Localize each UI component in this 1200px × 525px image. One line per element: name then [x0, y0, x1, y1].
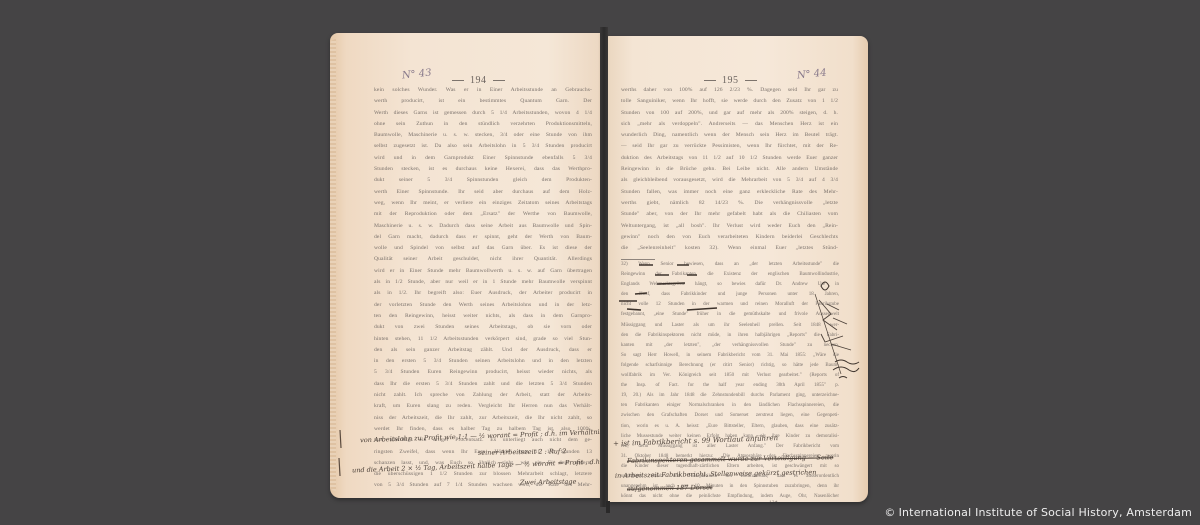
body-text-line: wunderlich Ding, namentlich wenn der Men… — [621, 130, 838, 141]
body-text-line: wird und in dem Garnprodukt Einer Spinns… — [374, 153, 592, 164]
left-shelfmark: N° 43 — [402, 67, 433, 81]
footnote-line: So sagt Herr Howell, in seinem Fabrikber… — [621, 351, 839, 361]
photo-stage: N° 43 194 kein solches Wunder. Was er in… — [0, 0, 1200, 525]
ink-strikeouts — [617, 258, 837, 318]
body-text-line: Stunden fallen, was immer noch eine ganz… — [621, 187, 838, 198]
footnote-line: wollfabrik im Ver. Königreich seit 1850 … — [621, 371, 839, 381]
credit-text: International Institute of Social Histor… — [899, 506, 1192, 519]
book-spine — [600, 27, 608, 507]
body-text-line: den als sein ganzer Arbeitstag zählt. Un… — [374, 345, 592, 356]
body-text-line: niss der Arbeitszeit, die Ihr zahlt, zur… — [374, 413, 592, 424]
body-text-line: Reingewinn in die Brüche gehn. Bei Leibe… — [621, 164, 838, 175]
body-text-line: gewinn" noch den von Euch verarbeiteten … — [621, 232, 838, 243]
footnote-line: tion, worin es u. A. heisst: „Eure Bitts… — [621, 422, 839, 432]
dash-decoration — [493, 80, 505, 81]
body-text-line: in den ersten 5 3/4 Stunden seinen Arbei… — [374, 356, 592, 367]
body-text-line: dass Ihr die ersten 5 3/4 Stunden zahlt … — [374, 379, 592, 390]
body-text-line: Werth dieses Garns ist gemessen durch 5 … — [374, 108, 592, 119]
photo-credit: ©International Institute of Social Histo… — [884, 506, 1192, 519]
right-shelfmark: N° 44 — [797, 67, 828, 81]
body-text-line: dukt von zwei Stunden seines Arbeitstags… — [374, 322, 592, 333]
margin-mark — [334, 428, 354, 488]
body-text-line: werth Einer Spinnstunde. Ihr seid aber d… — [374, 187, 592, 198]
body-text-line: Weltuntergang, ist „all bosh". Ihr Verlu… — [621, 221, 838, 232]
footnote-line: den die Fabrikinspektoren nicht müde, in… — [621, 331, 839, 341]
footnote-line: ten Fabrikanten einiger Normalschranken … — [621, 401, 839, 411]
body-text-line: als gleichbleibend vorausgesetzt, wird d… — [621, 175, 838, 186]
footnote-line: 19, 20.) Als im Jahr 1848 die Zehnstunde… — [621, 391, 839, 401]
body-text-line: dukt seiner 5 3/4 Spinnstunden gleich de… — [374, 175, 592, 186]
body-text-line: weg, wenn Ihr meint, er verliere ein ein… — [374, 198, 592, 209]
footnote-line: kanten mit „der letzten", „der verhängni… — [621, 341, 839, 351]
open-book: N° 43 194 kein solches Wunder. Was er in… — [330, 33, 868, 508]
body-text-line: 5 3/4 Stunden Euren Reingewinn producirt… — [374, 367, 592, 378]
body-text-line: tolle Sanguiniker, wenn Ihr hofft, sie w… — [621, 96, 838, 107]
body-text-line: wolle und Spindel von selbst auf das Gar… — [374, 243, 592, 254]
spine-bottom — [606, 501, 610, 513]
body-text-line: als in 1/2 Stunde, aber nur weil er in 1… — [374, 277, 592, 288]
signature-mark: 13* — [769, 501, 778, 502]
body-text-line: nicht zahlt. Ich spreche von Zahlung der… — [374, 390, 592, 401]
body-text-line: Stunden stecken, ist es durchaus keine H… — [374, 164, 592, 175]
dash-decoration — [452, 80, 464, 81]
left-page: N° 43 194 kein solches Wunder. Was er in… — [330, 33, 603, 498]
page-edges — [330, 39, 336, 491]
body-text-line: werths giebt, nämlich 82 14/23 %. Die ve… — [621, 198, 838, 209]
body-text-line: selbst zugesetzt ist. Da also sein Arbei… — [374, 141, 592, 152]
footnote-line: Müssiggang und Laster als um ihr Seelenh… — [621, 321, 839, 331]
body-text-line: — seid Ihr gar zu verrückte Pessimisten,… — [621, 141, 838, 152]
dash-decoration — [745, 80, 757, 81]
body-text-line: der vorletzten Stunde den Werth seines A… — [374, 300, 592, 311]
right-handwritten-note-4: aufgenommen 187 Dorset — [627, 483, 713, 492]
body-text-line: kein solches Wunder. Was er in Einer Arb… — [374, 85, 592, 96]
footnote-line: zwischen den Grafschaften Dorset und Som… — [621, 411, 839, 421]
margin-annotations — [813, 274, 868, 394]
body-text-line: die „Seelenreinheit" kosten 32). Wenn ei… — [621, 243, 838, 254]
body-text-line: Stunden von 100 auf 200%, und gar auf me… — [621, 108, 838, 119]
body-text-line: sich „mehr als verdoppeln". Andrerseits … — [621, 119, 838, 130]
body-text-line: mit der Reproduktion oder dem „Ersatz" d… — [374, 209, 592, 220]
left-handwritten-note-2: seiner Arbeitszeit 2 : Ruf 2 — [478, 447, 567, 457]
copyright-symbol: © — [884, 506, 895, 519]
left-handwritten-note-4: Zwei Arbeitstage — [520, 478, 577, 487]
body-text-line: werths daher von 100% auf 126 2/23 %. Da… — [621, 85, 838, 96]
body-text-line: ten den Reingewinn, heisst weiter nichts… — [374, 311, 592, 322]
dash-decoration — [704, 80, 716, 81]
body-text-line: duktion des Arbeitstags von 11 1/2 auf 1… — [621, 153, 838, 164]
body-text-line: werth producirt, ist ein bestimmtes Quan… — [374, 96, 592, 107]
footnote-line: folgende scharfsinnige Berechnung (er ci… — [621, 361, 839, 371]
right-page-body-text: werths daher von 100% auf 126 2/23 %. Da… — [621, 85, 838, 257]
right-page: 195 N° 44 werths daher von 100% auf 126 … — [607, 36, 868, 502]
body-text-line: hinten stehen, 11 1/2 Arbeitsstunden ver… — [374, 334, 592, 345]
body-text-line: Maschinerie u. s. w. Dadurch dass seine … — [374, 221, 592, 232]
body-text-line: ohne sein Zuthun in den stündlich verzeh… — [374, 119, 592, 130]
footnote-line: the Insp. of Fact. for the half year end… — [621, 381, 839, 391]
body-text-line: als in 1/2. Ihr begreift also: Euer Ausd… — [374, 288, 592, 299]
body-text-line: Qualität seiner Arbeit geschuldet, nicht… — [374, 254, 592, 265]
body-text-line: Baumwolle, Maschinerie u. s. w. stecken,… — [374, 130, 592, 141]
body-text-line: wird er in Einer Stunde mehr Baumwollwer… — [374, 266, 592, 277]
body-text-line: kraft, um Euren slang zu reden. Vergleic… — [374, 401, 592, 412]
footnote-line: könnt das nicht ohne die peinlichste Emp… — [621, 492, 839, 502]
body-text-line: Stunde" aber, von der Ihr mehr gefabelt … — [621, 209, 838, 220]
body-text-line: del Garn macht, dadurch dass er spinnt, … — [374, 232, 592, 243]
